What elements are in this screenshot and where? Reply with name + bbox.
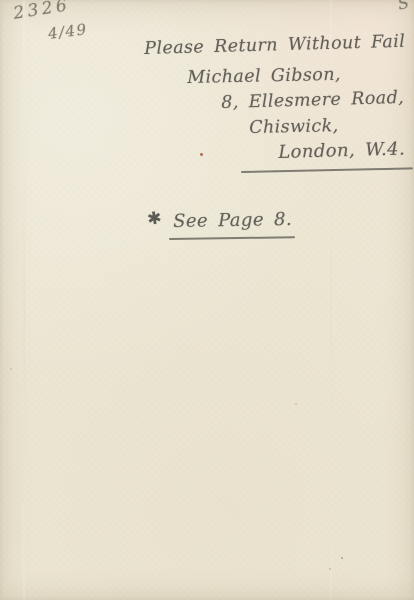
footnote-underline <box>169 236 295 240</box>
paper-speck <box>200 153 203 156</box>
paper-speck <box>10 368 12 370</box>
footnote-text: See Page 8. <box>173 209 292 232</box>
return-note-name: Michael Gibson, <box>187 65 341 88</box>
corner-mark: S <box>396 0 411 14</box>
paper-speck <box>329 568 331 570</box>
scanned-document-page: 2326 4/49 S Please Return Without Fail t… <box>0 0 414 600</box>
date-mark: 4/49 <box>47 20 89 43</box>
address-underline <box>241 167 413 173</box>
catalog-number: 2326 <box>12 0 72 24</box>
return-note-line-1: Please Return Without Fail to <box>144 31 414 59</box>
asterisk-mark: ✱ <box>146 208 163 230</box>
return-note-street: 8, Ellesmere Road, <box>221 88 404 113</box>
return-note-district: Chiswick, <box>249 116 339 138</box>
paper-speck <box>295 403 297 405</box>
paper-speck <box>341 557 343 559</box>
return-note-city: London, W.4. <box>278 138 405 163</box>
paper-crease <box>23 0 25 600</box>
